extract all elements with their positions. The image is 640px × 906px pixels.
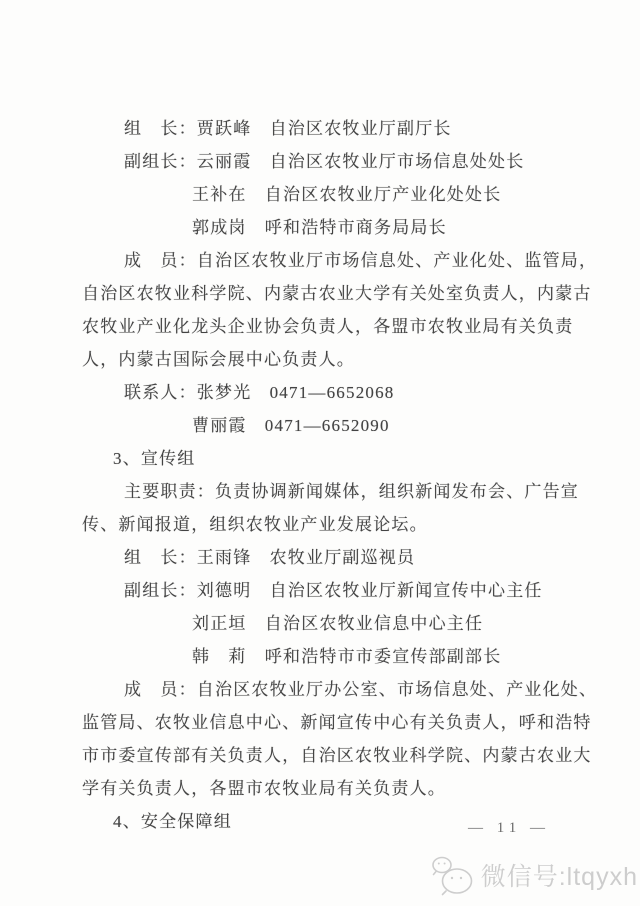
document-line: 组 长：王雨锋 农牧业厅副巡视员 bbox=[82, 541, 584, 574]
document-line: 刘正垣 自治区农牧业信息中心主任 bbox=[82, 607, 584, 640]
document-line: 曹丽霞 0471—6652090 bbox=[82, 409, 584, 442]
wechat-watermark: 微信号:ltqyxh bbox=[430, 854, 638, 896]
scanned-document-page: 组 长：贾跃峰 自治区农牧业厅副厅长副组长：云丽霞 自治区农牧业厅市场信息处处长… bbox=[0, 0, 640, 906]
wechat-id-label: 微信号:ltqyxh bbox=[481, 857, 638, 893]
document-line: 传、新闻报道，组织农牧业产业发展论坛。 bbox=[82, 508, 584, 541]
document-line: 自治区农牧业科学院、内蒙古农业大学有关处室负责人，内蒙古 bbox=[82, 277, 584, 310]
document-line: 王补在 自治区农牧业厅产业化处处长 bbox=[82, 178, 584, 211]
document-line: 韩 莉 呼和浩特市市委宣传部副部长 bbox=[82, 640, 584, 673]
document-line: 成 员：自治区农牧业厅办公室、市场信息处、产业化处、 bbox=[82, 673, 584, 706]
document-line: 市市委宣传部有关负责人，自治区农牧业科学院、内蒙古农业大 bbox=[82, 739, 584, 772]
document-line: 联系人：张梦光 0471—6652068 bbox=[82, 376, 584, 409]
document-line: 监管局、农牧业信息中心、新闻宣传中心有关负责人，呼和浩特 bbox=[82, 706, 584, 739]
document-line: 副组长：刘德明 自治区农牧业厅新闻宣传中心主任 bbox=[82, 574, 584, 607]
document-line: 郭成岗 呼和浩特市商务局局长 bbox=[82, 211, 584, 244]
document-line: 副组长：云丽霞 自治区农牧业厅市场信息处处长 bbox=[82, 145, 584, 178]
page-number: — 11 — bbox=[468, 820, 550, 837]
document-line: 3、宣传组 bbox=[82, 442, 584, 475]
document-line: 主要职责：负责协调新闻媒体，组织新闻发布会、广告宣 bbox=[82, 475, 584, 508]
document-line: 成 员：自治区农牧业厅市场信息处、产业化处、监管局， bbox=[82, 244, 584, 277]
document-text-block: 组 长：贾跃峰 自治区农牧业厅副厅长副组长：云丽霞 自治区农牧业厅市场信息处处长… bbox=[82, 112, 584, 838]
wechat-icon bbox=[430, 854, 476, 896]
document-line: 学有关负责人，各盟市农牧业局有关负责人。 bbox=[82, 772, 584, 805]
document-line: 农牧业产业化龙头企业协会负责人，各盟市农牧业局有关负责 bbox=[82, 310, 584, 343]
document-line: 组 长：贾跃峰 自治区农牧业厅副厅长 bbox=[82, 112, 584, 145]
document-line: 人，内蒙古国际会展中心负责人。 bbox=[82, 343, 584, 376]
